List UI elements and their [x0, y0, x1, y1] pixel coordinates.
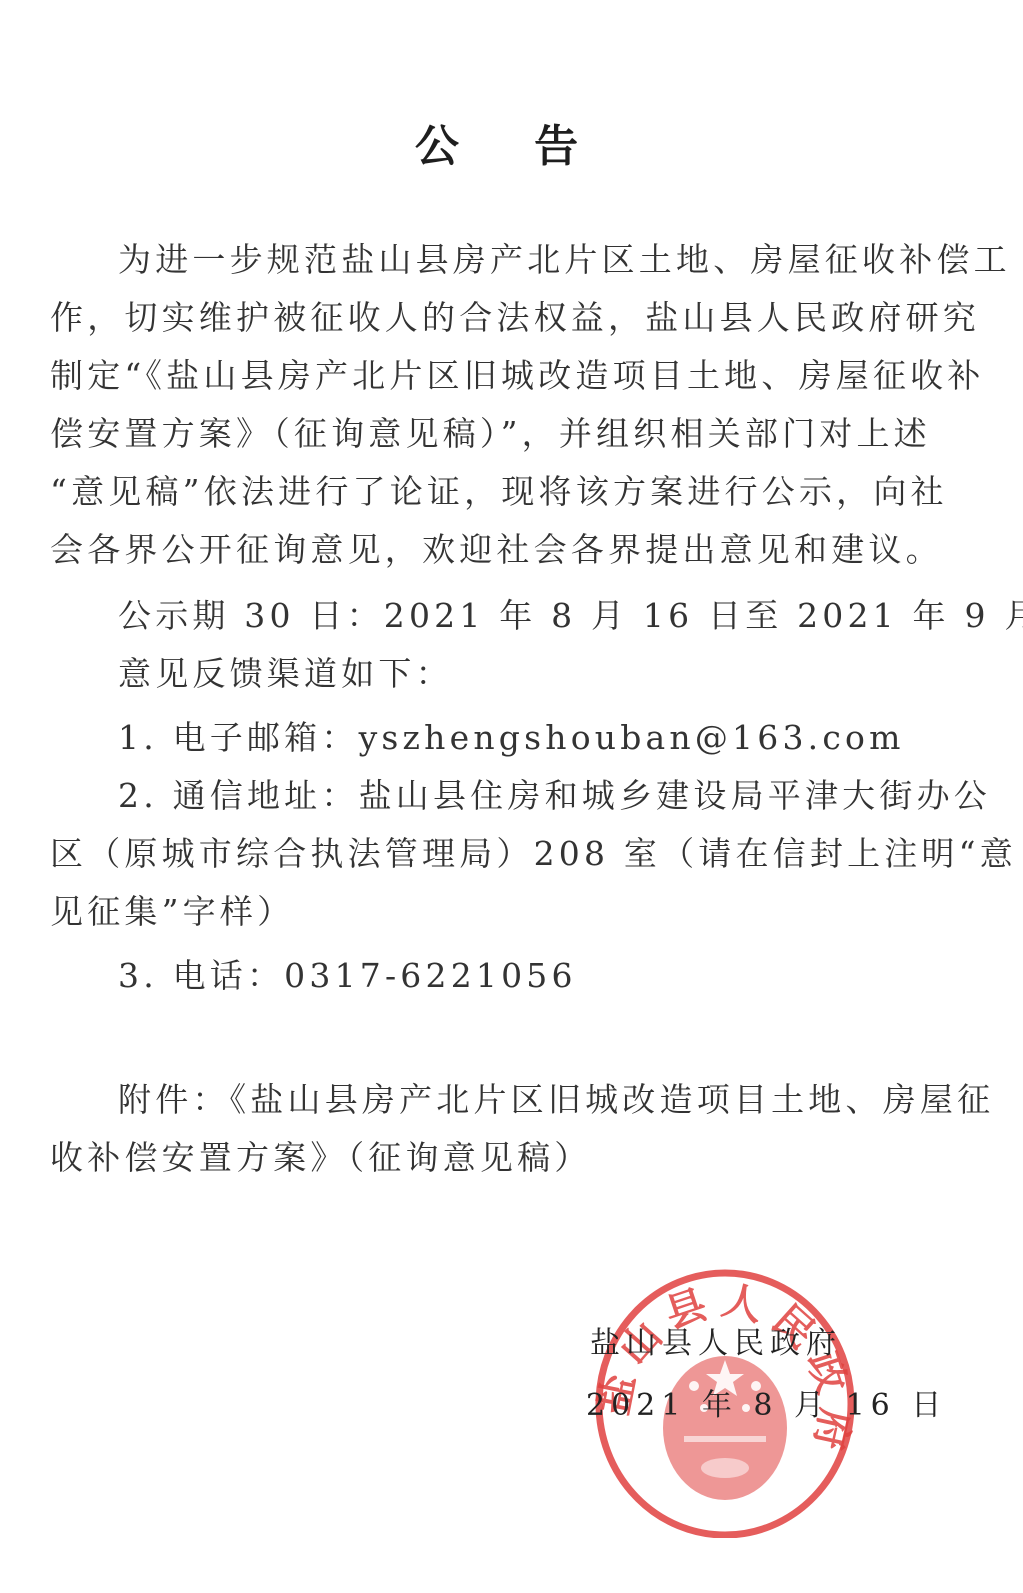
- attachment-line: 附件：《盐山县房产北片区旧城改造项目土地、房屋征: [118, 1080, 998, 1120]
- email-channel: 1. 电子邮箱：yszhengshouban@163.com: [118, 718, 998, 758]
- body-line: 偿安置方案》（征询意见稿）”，并组织相关部门对上述: [50, 414, 930, 454]
- phone-channel: 3. 电话：0317-6221056: [118, 956, 998, 996]
- address-channel-cont: 区（原城市综合执法管理局）208 室（请在信封上注明“意: [50, 834, 930, 874]
- body-line: 作，切实维护被征收人的合法权益，盐山县人民政府研究: [50, 298, 930, 338]
- page-title: 公 告: [0, 110, 1023, 174]
- issuer-name: 盐山县人民政府: [590, 1318, 842, 1362]
- publicity-period: 公示期 30 日：2021 年 8 月 16 日至 2021 年 9 月 15 …: [118, 596, 998, 636]
- feedback-heading: 意见反馈渠道如下：: [118, 654, 998, 694]
- attachment-line: 收补偿安置方案》（征询意见稿）: [50, 1138, 930, 1178]
- address-channel: 2. 通信地址：盐山县住房和城乡建设局平津大街办公: [118, 776, 998, 816]
- body-line: “意见稿”依法进行了论证，现将该方案进行公示，向社: [50, 472, 930, 512]
- body-line: 制定“《盐山县房产北片区旧城改造项目土地、房屋征收补: [50, 356, 930, 396]
- body-line: 为进一步规范盐山县房产北片区土地、房屋征收补偿工: [118, 240, 998, 280]
- address-channel-cont: 见征集”字样）: [50, 892, 930, 932]
- issue-date: 2021 年 8 月 16 日: [586, 1380, 947, 1424]
- body-line: 会各界公开征询意见，欢迎社会各界提出意见和建议。: [50, 530, 930, 570]
